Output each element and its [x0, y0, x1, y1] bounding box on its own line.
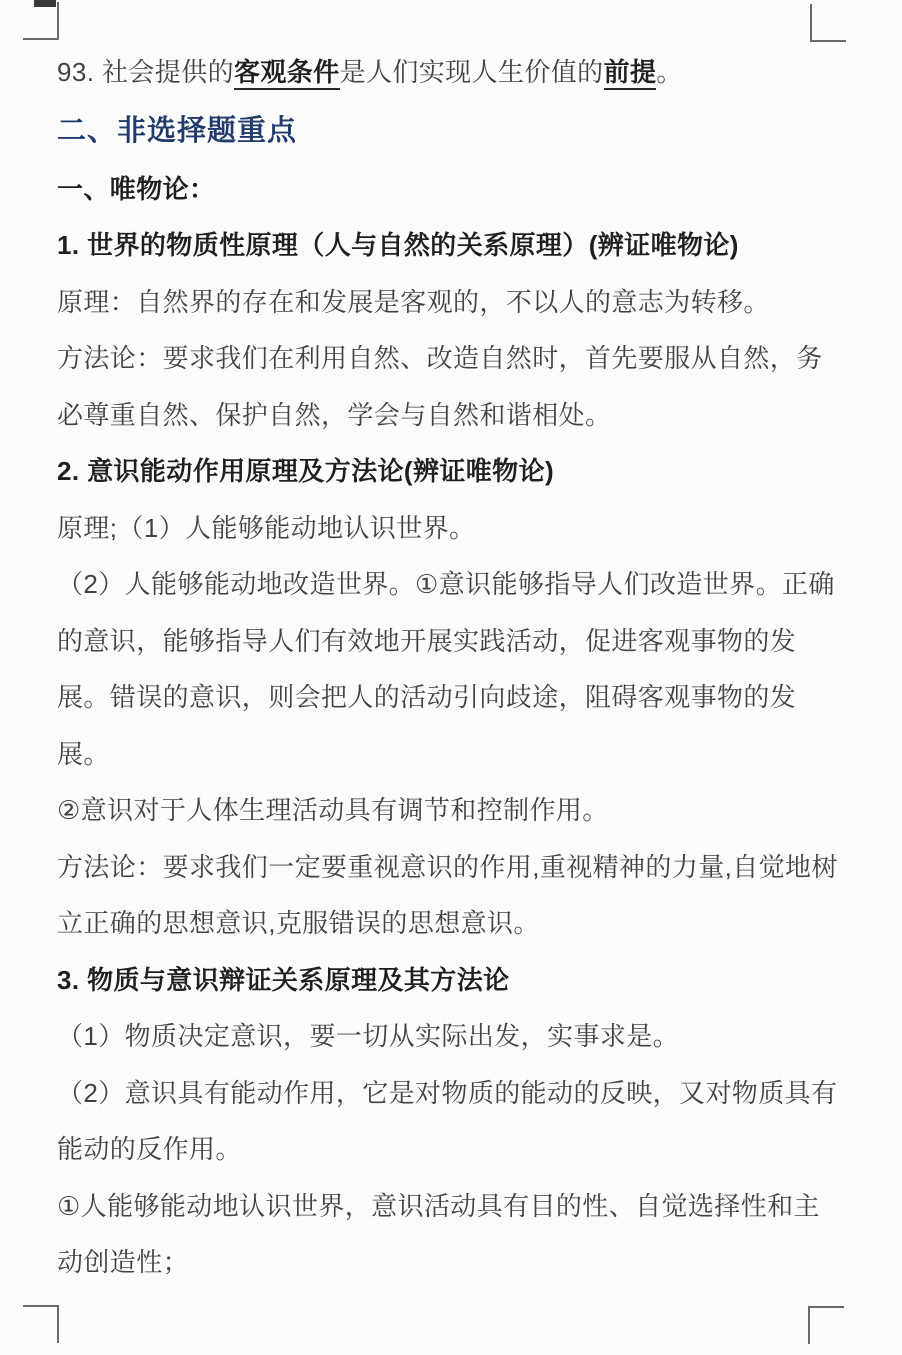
numbered-point-93: 93. 社会提供的客观条件是人们实现人生价值的前提。 [57, 44, 849, 101]
highlighted-term: 前提 [604, 57, 657, 90]
principle-3-text: （1）物质决定意识，要一切从实际出发，实事求是。 [57, 1008, 849, 1065]
principle-2-text: 的意识，能够指导人们有效地开展实践活动，促进客观事物的发 [57, 613, 849, 670]
methodology-2-text: 立正确的思想意识,克服错误的思想意识。 [57, 895, 849, 952]
point-text: 。 [656, 57, 682, 87]
principle-2-text: 展。错误的意识，则会把人的活动引向歧途，阻碍客观事物的发 [57, 669, 849, 726]
section-heading: 二、非选择题重点 [57, 101, 849, 161]
point-text: 93. 社会提供的 [57, 57, 234, 87]
corner-mark-top-right-icon [810, 4, 846, 42]
document-content: 93. 社会提供的客观条件是人们实现人生价值的前提。 二、非选择题重点 一、唯物… [57, 44, 849, 1291]
methodology-2-text: 方法论：要求我们一定要重视意识的作用,重视精神的力量,自觉地树 [57, 839, 849, 896]
principle-2-title: 2. 意识能动作用原理及方法论(辨证唯物论) [57, 443, 849, 500]
document-page: 93. 社会提供的客观条件是人们实现人生价值的前提。 二、非选择题重点 一、唯物… [0, 0, 902, 1355]
principle-2-text: （2）人能够能动地改造世界。①意识能够指导人们改造世界。正确 [57, 556, 849, 613]
principle-1-title: 1. 世界的物质性原理（人与自然的关系原理）(辨证唯物论) [57, 217, 849, 274]
corner-mark-bottom-right-icon [808, 1306, 844, 1344]
subsection-heading-materialism: 一、唯物论： [57, 161, 849, 218]
principle-3-text: 动创造性； [57, 1234, 849, 1291]
photo-edge-artifact [34, 0, 56, 7]
principle-3-text: （2）意识具有能动作用，它是对物质的能动的反映，又对物质具有 [57, 1065, 849, 1122]
methodology-1-text: 必尊重自然、保护自然，学会与自然和谐相处。 [57, 387, 849, 444]
principle-2-text: ②意识对于人体生理活动具有调节和控制作用。 [57, 782, 849, 839]
principle-3-text: ①人能够能动地认识世界，意识活动具有目的性、自觉选择性和主 [57, 1178, 849, 1235]
principle-2-text: 展。 [57, 726, 849, 783]
corner-mark-bottom-left-icon [23, 1305, 59, 1343]
principle-3-text: 能动的反作用。 [57, 1121, 849, 1178]
principle-3-title: 3. 物质与意识辩证关系原理及其方法论 [57, 952, 849, 1009]
methodology-1-text: 方法论：要求我们在利用自然、改造自然时，首先要服从自然，务 [57, 330, 849, 387]
highlighted-term: 客观条件 [234, 57, 340, 90]
principle-2-text: 原理;（1）人能够能动地认识世界。 [57, 500, 849, 557]
principle-1-text: 原理：自然界的存在和发展是客观的，不以人的意志为转移。 [57, 274, 849, 331]
point-text: 是人们实现人生价值的 [340, 57, 604, 87]
corner-mark-top-left-icon [23, 2, 59, 40]
